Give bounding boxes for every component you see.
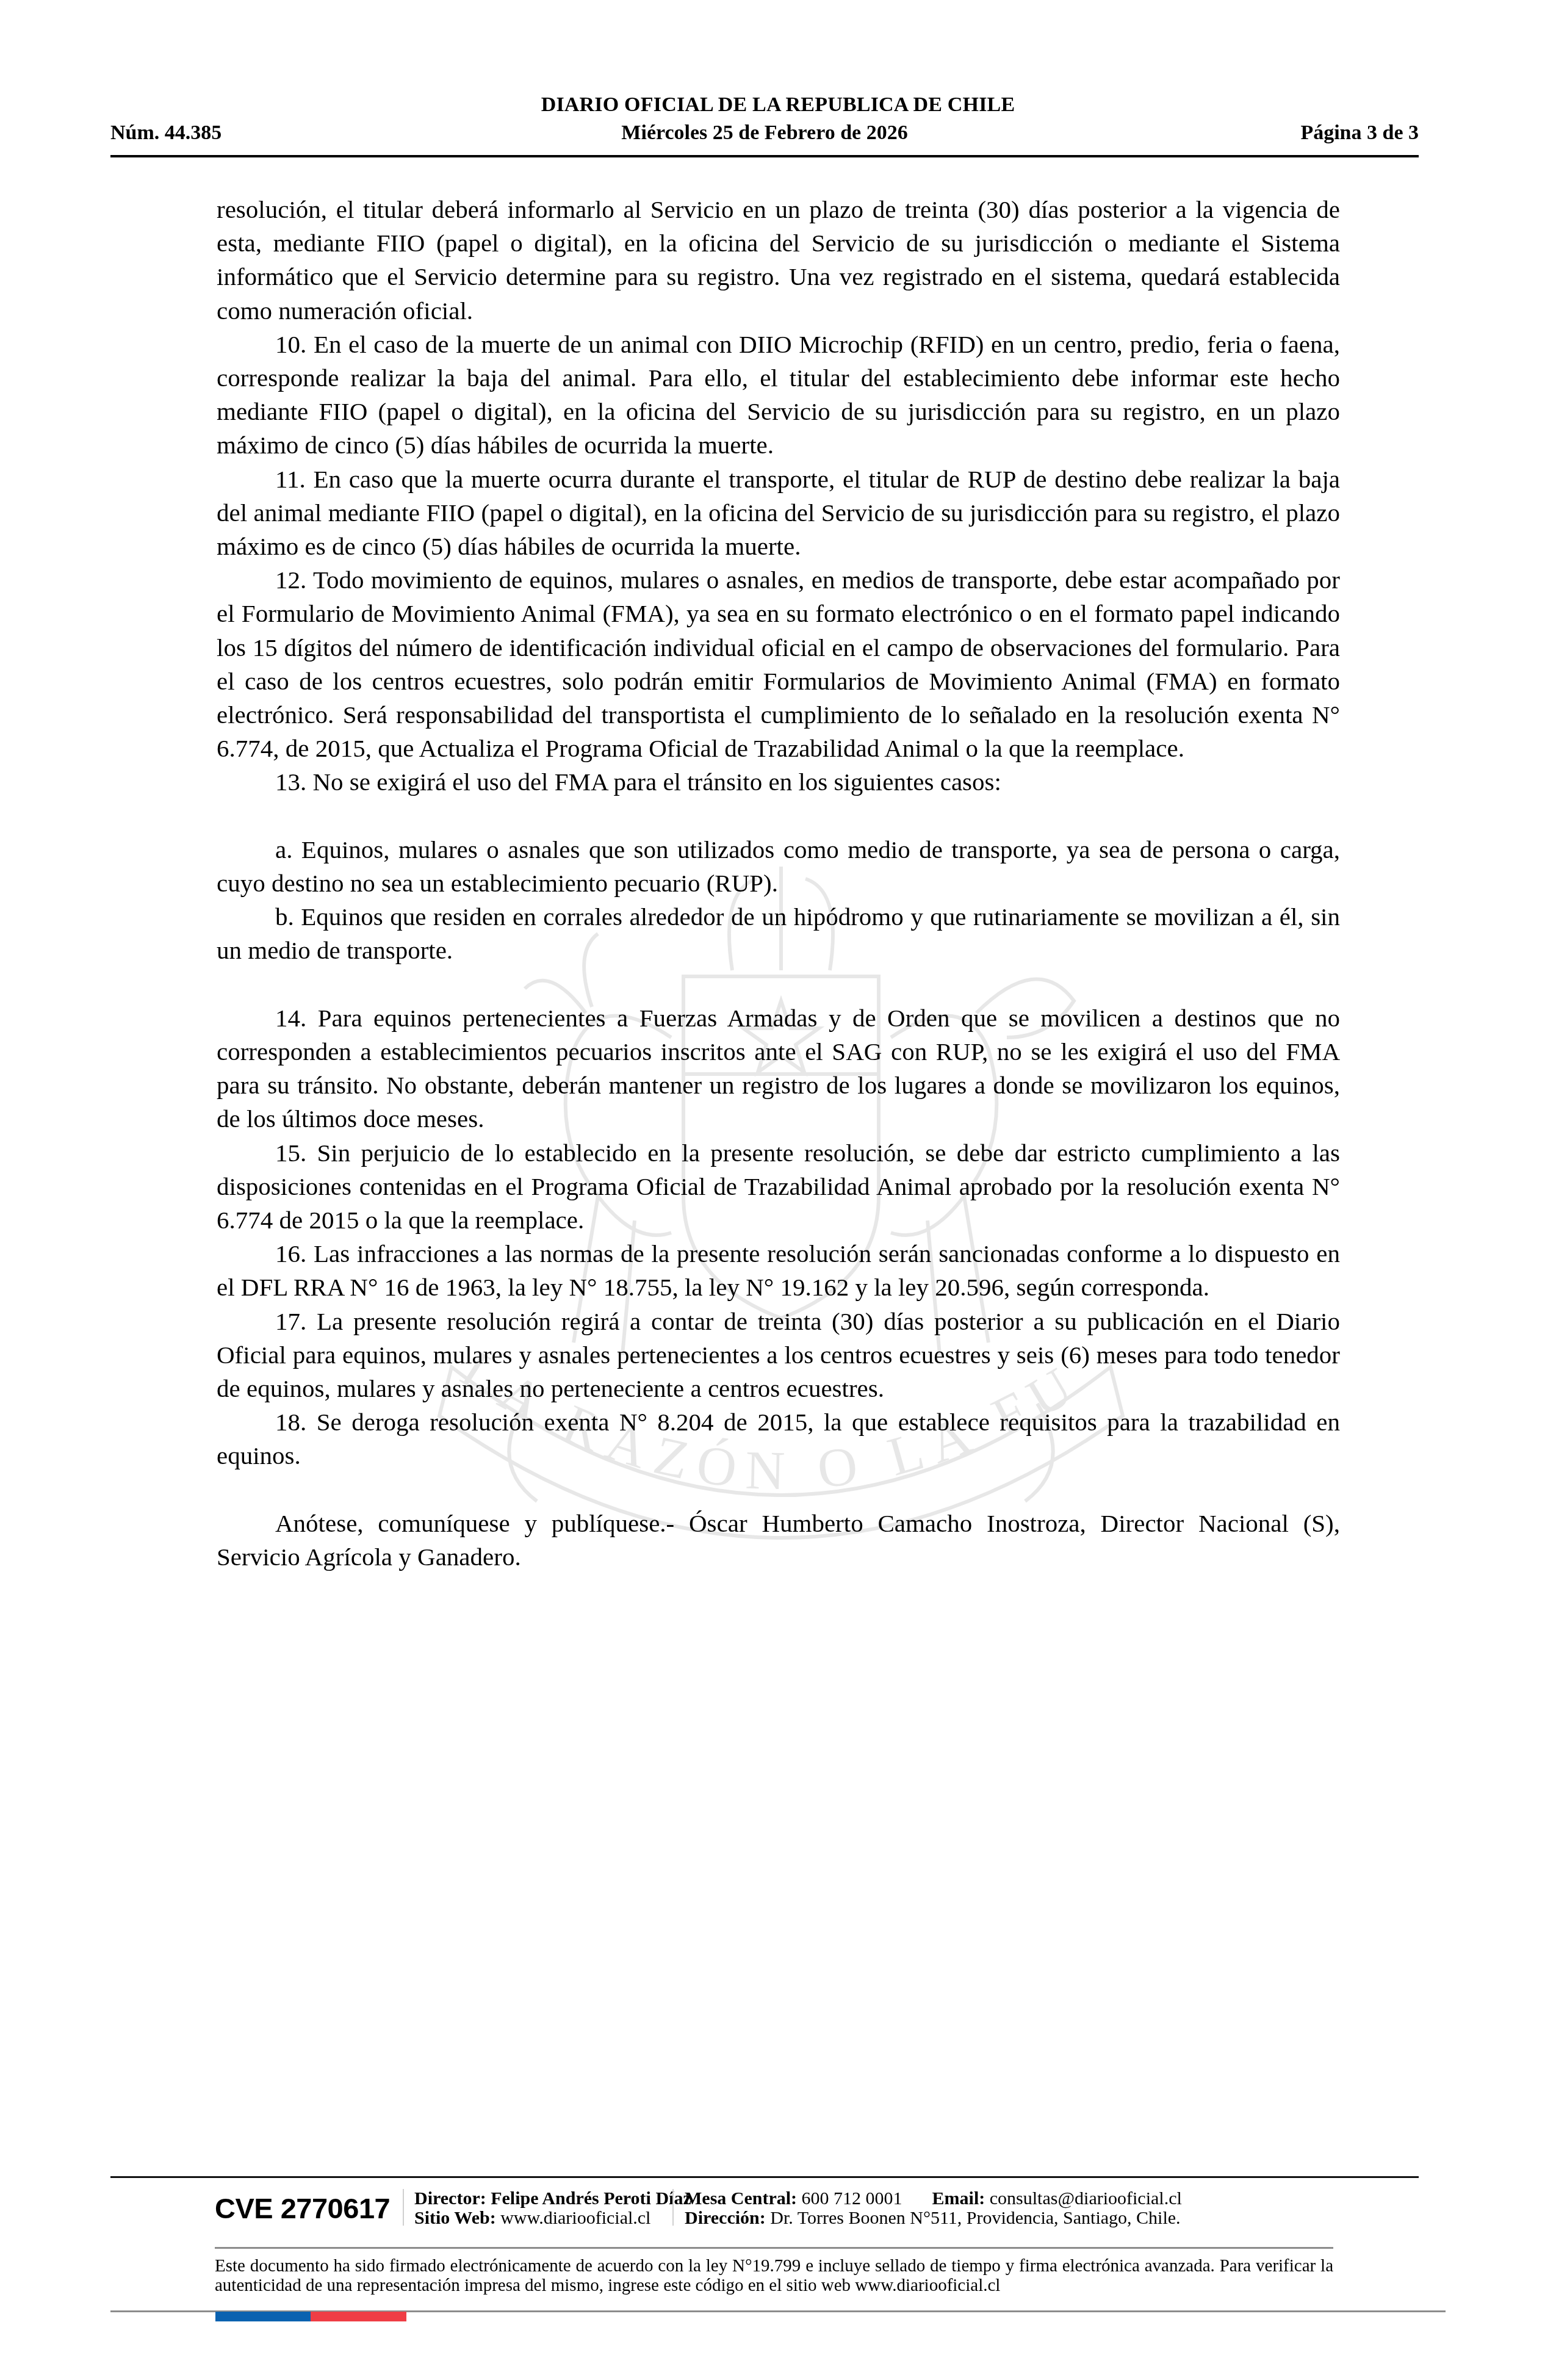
- phone-number: 600 712 0001: [802, 2188, 902, 2209]
- cve-code: CVE 2770617: [215, 2191, 392, 2226]
- resolution-body: resolución, el titular deberá informarlo…: [217, 193, 1340, 1574]
- paragraph-13: 13. No se exigirá el uso del FMA para el…: [217, 765, 1340, 799]
- website-label: Sitio Web:: [414, 2208, 496, 2228]
- paragraph-continuation: resolución, el titular deberá informarlo…: [217, 193, 1340, 328]
- phone-label: Mesa Central:: [685, 2188, 797, 2209]
- paragraph-15: 15. Sin perjuicio de lo establecido en l…: [217, 1136, 1340, 1238]
- header-divider: [110, 155, 1419, 157]
- footer-divider-top: [110, 2176, 1419, 2178]
- paragraph-13b: b. Equinos que residen en corrales alred…: [217, 900, 1340, 967]
- header-row: Núm. 44.385 Miércoles 25 de Febrero de 2…: [110, 120, 1419, 146]
- address-label: Dirección:: [685, 2208, 766, 2228]
- footer-separator: [403, 2189, 404, 2226]
- newspaper-title: DIARIO OFICIAL DE LA REPUBLICA DE CHILE: [0, 93, 1556, 117]
- footer-contact-block: Mesa Central: 600 712 0001 Email: consul…: [685, 2189, 1182, 2228]
- issue-date: Miércoles 25 de Febrero de 2026: [110, 120, 1419, 146]
- paragraph-14: 14. Para equinos pertenecientes a Fuerza…: [217, 1001, 1340, 1136]
- paragraph-17: 17. La presente resolución regirá a cont…: [217, 1305, 1340, 1406]
- paragraph-13a: a. Equinos, mulares o asnales que son ut…: [217, 833, 1340, 900]
- flag-stripe-red: [311, 2312, 406, 2321]
- paragraph-16: 16. Las infracciones a las normas de la …: [217, 1237, 1340, 1304]
- footer-divider-middle: [215, 2247, 1333, 2249]
- electronic-signature-notice: Este documento ha sido firmado electróni…: [215, 2256, 1333, 2295]
- paragraph-12: 12. Todo movimiento de equinos, mulares …: [217, 563, 1340, 765]
- paragraph-18: 18. Se deroga resolución exenta N° 8.204…: [217, 1405, 1340, 1473]
- email-link[interactable]: consultas@diariooficial.cl: [990, 2188, 1182, 2209]
- website-link[interactable]: www.diariooficial.cl: [500, 2208, 650, 2228]
- director-name: Felipe Andrés Peroti Díaz: [491, 2188, 691, 2209]
- blank-line: [217, 1473, 1340, 1507]
- flag-stripe-blue: [215, 2312, 311, 2321]
- footer-separator: [672, 2189, 674, 2226]
- footer-director-block: Director: Felipe Andrés Peroti Díaz Siti…: [414, 2189, 691, 2228]
- director-label: Director:: [414, 2188, 486, 2209]
- blank-line: [217, 968, 1340, 1001]
- email-label: Email:: [932, 2188, 985, 2209]
- paragraph-10: 10. En el caso de la muerte de un animal…: [217, 328, 1340, 463]
- paragraph-11: 11. En caso que la muerte ocurra durante…: [217, 463, 1340, 564]
- page-indicator: Página 3 de 3: [1300, 120, 1419, 146]
- blank-line: [217, 799, 1340, 833]
- address-value: Dr. Torres Boonen N°511, Providencia, Sa…: [770, 2208, 1180, 2228]
- signature-paragraph: Anótese, comuníquese y publíquese.- Ósca…: [217, 1507, 1340, 1574]
